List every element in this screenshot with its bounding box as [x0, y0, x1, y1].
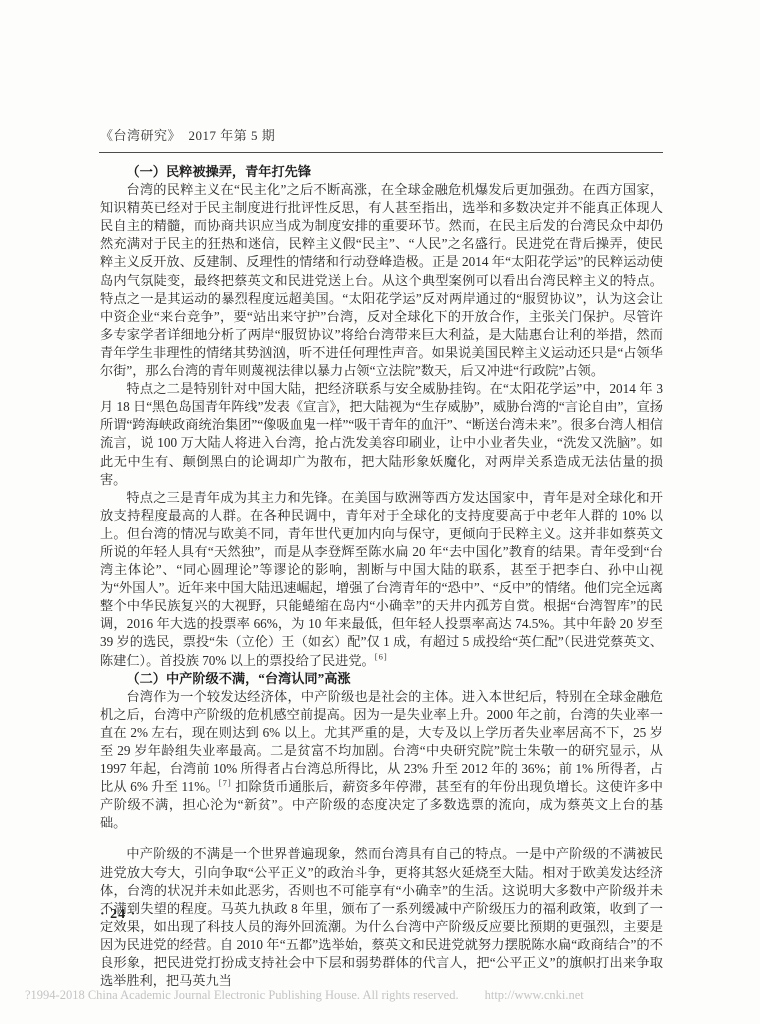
journal-issue-header: 《台湾研究》 2017 年第 5 期	[100, 125, 275, 144]
paragraph-feature-three: 特点之三是青年成为其主力和先锋。在美国与欧洲等西方发达国家中，青年是对全球化和开…	[100, 489, 663, 670]
copyright-text: ?1994-2018 China Academic Journal Electr…	[25, 988, 459, 1002]
footnote-marker-6: [6]	[375, 651, 388, 661]
paragraph-populism-overview: 台湾的民粹主义在“民主化”之后不断高涨，在全球金融危机爆发后更加强劲。在西方国家…	[100, 181, 663, 380]
paragraph-middle-class-crisis: 台湾作为一个较发达经济体，中产阶级也是社会的主体。进入本世纪后，特别在全球金融危…	[100, 688, 663, 833]
cnki-url: http://www.cnki.net	[485, 988, 584, 1002]
article-body: （一）民粹被操弄，青年打先锋 台湾的民粹主义在“民主化”之后不断高涨，在全球金融…	[100, 163, 663, 990]
page-number: · 24 ·	[100, 907, 136, 923]
section-heading-middle-class: （二）中产阶级不满，“台湾认同”高涨	[100, 670, 663, 688]
footnote-marker-7: [7]	[219, 778, 232, 788]
journal-page: 《台湾研究》 2017 年第 5 期 （一）民粹被操弄，青年打先锋 台湾的民粹主…	[0, 0, 760, 1024]
paragraph-text: 特点之三是青年成为其主力和先锋。在美国与欧洲等西方发达国家中，青年是对全球化和开…	[100, 490, 663, 668]
copyright-footer: ?1994-2018 China Academic Journal Electr…	[25, 988, 584, 1003]
paragraph-feature-two: 特点之二是特别针对中国大陆，把经济联系与安全威胁挂钩。在“太阳花学运”中，201…	[100, 380, 663, 489]
section-heading-populism: （一）民粹被操弄，青年打先锋	[100, 163, 663, 181]
paragraph-middle-class-discontent: 中产阶级的不满是一个世界普遍现象，然而台湾具有自己的特点。一是中产阶级的不满被民…	[100, 845, 663, 990]
header-divider	[99, 152, 663, 153]
